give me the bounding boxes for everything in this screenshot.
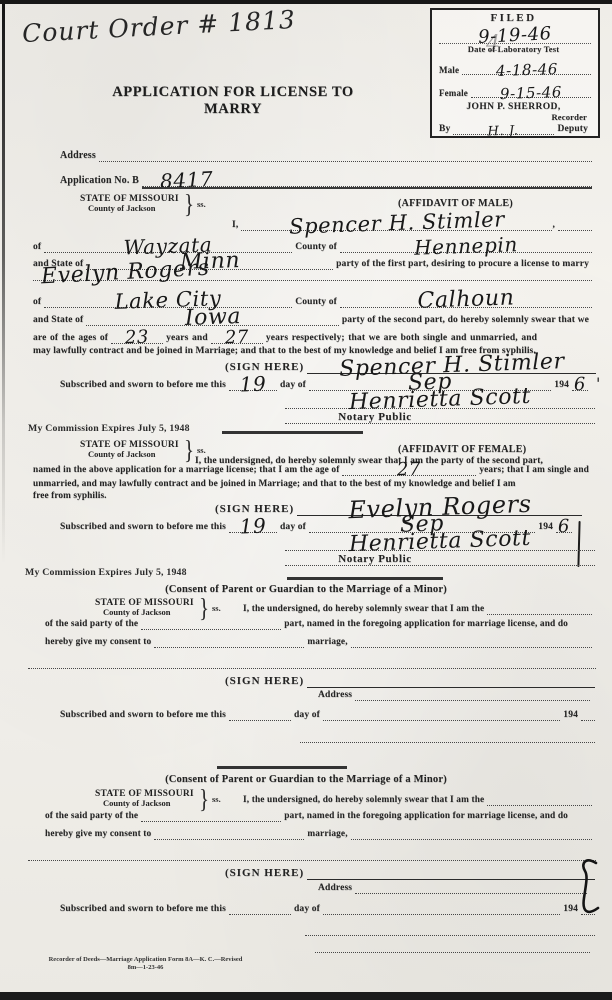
consent2-tail-blank: [351, 837, 592, 840]
consent1-subscribed-row: Subscribed and sworn to before me this d…: [60, 711, 595, 721]
county-label: County of Jackson: [80, 204, 179, 213]
consent1-party-blank: [141, 627, 281, 630]
male-county-entry: Hennepin: [414, 234, 518, 258]
consent1-state-block: STATE OF MISSOURI County of Jackson: [95, 598, 194, 618]
county-label: County of Jackson: [95, 799, 194, 808]
ss-label: ss.: [197, 445, 206, 455]
consent-line2-tail: part, named in the foregoing application…: [281, 620, 571, 630]
second-part-text: party of the second part, do hereby sole…: [339, 316, 592, 326]
recorder-title: Recorder: [439, 113, 591, 122]
consent2-month-blank: [323, 912, 560, 915]
male-lab-date-line: 4-18-46: [462, 72, 591, 75]
consent2-state-block: STATE OF MISSOURI County of Jackson: [95, 789, 194, 809]
fiancee-state-line: Iowa: [86, 323, 338, 326]
and-state-of-label: and State of: [33, 316, 86, 326]
consent2-line1-blank: [487, 803, 592, 806]
male-age-line: 23: [111, 341, 163, 344]
consent2-subscribed-row: Subscribed and sworn to before me this d…: [60, 905, 595, 915]
consent-line3-lead: hereby give my consent to: [45, 830, 154, 840]
consent2-notary-blank2: [315, 950, 590, 953]
court-order-annotation: Court Order # 1813: [22, 7, 297, 46]
county-label: County of Jackson: [80, 450, 179, 459]
male-year-line: 6: [572, 388, 588, 391]
pen-tick-mark: [577, 521, 581, 567]
ss-label: ss.: [197, 199, 206, 209]
short-blank: [558, 228, 592, 231]
year-label: 194: [535, 523, 556, 533]
address-blank-line: [99, 159, 592, 162]
fiancee-residence-row: of Lake City County of Calhoun: [33, 298, 592, 308]
consent1-signature-line: [307, 685, 595, 688]
ages-tail: years respectively; that we are both sin…: [263, 334, 540, 344]
consent1-sign-row: (SIGN HERE): [225, 676, 595, 688]
address-label: Address: [318, 884, 355, 894]
consent-line3-lead: hereby give my consent to: [45, 638, 154, 648]
notary-title-line: [285, 421, 595, 424]
footer-line1: Recorder of Deeds—Marriage Application F…: [48, 956, 243, 964]
application-number-row: Application No. B 8417: [60, 176, 592, 187]
sign-here-label: (SIGN HERE): [225, 362, 307, 374]
by-signature-line: H. J.: [453, 132, 553, 135]
female-age-row: named in the above application for a mar…: [33, 466, 592, 476]
consent-line2-tail: part, named in the foregoing application…: [281, 812, 571, 822]
consent1-tail-blank: [351, 645, 592, 648]
filed-stamp-box: FILED 9-19-46 Date of Laboratory Test Ma…: [430, 8, 600, 138]
male-county-line: Hennepin: [340, 250, 592, 253]
consent2-line3-row: hereby give my consent to marriage,: [45, 830, 592, 840]
brace-glyph: }: [199, 784, 209, 815]
sign-here-label: (SIGN HERE): [225, 676, 307, 688]
consent1-notary-blank: [300, 740, 595, 743]
consent1-line1-blank: [487, 612, 592, 615]
female-sign-row: (SIGN HERE) Evelyn Rogers: [215, 504, 582, 516]
scan-edge-left: [2, 4, 5, 564]
consent2-sign-row: (SIGN HERE): [225, 868, 595, 880]
male-notary-signature-line: Henrietta Scott: [285, 406, 595, 409]
pen-bracket-mark: [572, 856, 600, 918]
consent1-address-row: Address: [318, 691, 590, 701]
consent2-line1-row: I, the undersigned, do hereby solemnly s…: [243, 796, 592, 806]
consent1-consent-blank: [154, 645, 304, 648]
consent-line2-lead: of the said party of the: [45, 620, 141, 630]
female-age-entry: 27: [224, 329, 249, 348]
ss-label: ss.: [212, 794, 221, 804]
male-residence-row: of Wayzata County of Hennepin: [33, 243, 592, 253]
consent1-heading: (Consent of Parent or Guardian to the Ma…: [50, 584, 562, 595]
fiancee-name-line: Evelyn Rogers: [33, 278, 592, 281]
deputy-label: Deputy: [554, 125, 591, 135]
brace-glyph: }: [184, 435, 194, 466]
ages-lead: are of the ages of: [33, 334, 111, 344]
female-year-entry: 6: [558, 518, 571, 536]
consent2-address-blank: [355, 891, 587, 894]
fiancee-name-entry: Evelyn Rogers: [41, 258, 211, 289]
consent1-day-blank: [229, 718, 291, 721]
female-year-line: 6: [556, 530, 572, 533]
address-label: Address: [60, 151, 99, 162]
female-affidavit-state-block: STATE OF MISSOURI County of Jackson: [80, 440, 179, 460]
consent-line1: I, the undersigned, do hereby solemnly s…: [243, 605, 487, 615]
address-row: Address: [60, 151, 592, 162]
male-name-row: I, Spencer H. Stimler ,: [232, 221, 592, 231]
section-divider-rule: [222, 431, 363, 434]
consent-line1: I, the undersigned, do hereby solemnly s…: [243, 796, 487, 806]
female-lab-date-entry: 9-15-46: [500, 85, 563, 102]
consent1-full-blank: [28, 666, 596, 669]
i-label: I,: [232, 221, 241, 231]
ss-label: ss.: [212, 603, 221, 613]
fiancee-city-line: Lake City: [44, 305, 292, 308]
female-day-line: 19: [229, 530, 277, 533]
female-notary-signature-line: Henrietta Scott: [285, 548, 595, 551]
consent2-party-blank: [141, 819, 281, 822]
male-day-line: 19: [229, 388, 277, 391]
consent1-year-blank: [581, 718, 595, 721]
female-age-line: 27: [211, 341, 263, 344]
female-age-tail: years; that I am single and: [476, 466, 592, 476]
consent2-notary-blank: [305, 933, 595, 936]
consent-line2-lead: of the said party of the: [45, 812, 141, 822]
consent1-address-blank: [355, 698, 590, 701]
consent1-line2-row: of the said party of the part, named in …: [45, 620, 592, 630]
deputy-signature-entry: H. J.: [488, 125, 519, 139]
consent2-day-blank: [229, 912, 291, 915]
scanned-marriage-application-page: Court Order # 1813 4 FILED 9-19-46 Date …: [0, 0, 612, 1000]
male-day-entry: 19: [239, 374, 266, 395]
application-no-entry: 8417: [159, 168, 213, 191]
year-label: 194: [551, 381, 572, 391]
fiancee-name-row: Evelyn Rogers: [33, 278, 592, 281]
day-of-label: day of: [291, 711, 323, 721]
fiancee-county-entry: Calhoun: [417, 287, 515, 312]
consent2-line2-row: of the said party of the part, named in …: [45, 812, 592, 822]
consent2-address-row: Address: [318, 884, 587, 894]
years-and-label: years and: [163, 334, 211, 344]
year-label: 194: [560, 711, 581, 721]
female-commission-note: My Commission Expires July 5, 1948: [25, 567, 187, 578]
consent2-signature-line: [307, 877, 595, 880]
female-lab-date-line: 9-15-46: [471, 95, 591, 98]
sign-here-label: (SIGN HERE): [225, 868, 307, 880]
section-divider-rule: [287, 577, 443, 580]
male-affidavit-state-block: STATE OF MISSOURI County of Jackson: [80, 194, 179, 214]
subscribed-label: Subscribed and sworn to before me this: [60, 905, 229, 915]
subscribed-label: Subscribed and sworn to before me this: [60, 381, 229, 391]
female-lab-label: Female: [439, 89, 471, 98]
section-divider-rule: [217, 766, 347, 769]
male-commission-note: My Commission Expires July 5, 1948: [28, 423, 190, 434]
consent-line3-tail: marriage,: [304, 830, 350, 840]
subscribed-label: Subscribed and sworn to before me this: [60, 523, 229, 533]
subscribed-label: Subscribed and sworn to before me this: [60, 711, 229, 721]
form-footer: Recorder of Deeds—Marriage Application F…: [48, 956, 243, 972]
day-of-label: day of: [291, 905, 323, 915]
male-lab-label: Male: [439, 66, 462, 75]
ages-row: are of the ages of 23 years and 27 years…: [33, 334, 592, 344]
male-notary-signature-entry: Henrietta Scott: [349, 386, 532, 414]
notary-title-line: [285, 563, 595, 566]
female-oath-line3: unmarried, and may lawfully contract and…: [33, 479, 593, 490]
county-of-label: County of: [292, 298, 340, 308]
consent2-heading: (Consent of Parent or Guardian to the Ma…: [50, 774, 562, 785]
day-of-label: day of: [277, 381, 309, 391]
male-city-line: Wayzata: [44, 250, 292, 253]
female-age-line2: 27: [342, 473, 476, 476]
footer-line2: 8m—1-23-46: [48, 964, 243, 972]
brace-glyph: }: [184, 189, 194, 220]
female-oath-line4: free from syphilis.: [33, 491, 233, 502]
male-name-line: Spencer H. Stimler: [241, 228, 552, 231]
county-label: County of Jackson: [95, 608, 194, 617]
consent1-line1-row: I, the undersigned, do hereby solemnly s…: [243, 605, 592, 615]
male-lab-date-entry: 4-18-46: [495, 62, 558, 79]
male-year-entry: 6: [574, 376, 587, 394]
page-title: APPLICATION FOR LICENSE TO MARRY: [85, 84, 381, 118]
consent1-line3-row: hereby give my consent to marriage,: [45, 638, 592, 648]
of-label: of: [33, 298, 44, 308]
scan-edge-top: [0, 0, 612, 4]
by-label: By: [439, 125, 453, 135]
filed-label: FILED: [439, 13, 591, 25]
consent-line3-tail: marriage,: [304, 638, 350, 648]
female-notary-signature-entry: Henrietta Scott: [349, 528, 532, 556]
male-age-entry: 23: [125, 329, 150, 348]
female-age-entry2: 27: [397, 460, 422, 479]
consent2-full-blank: [28, 858, 596, 861]
first-part-text: party of the first part, desiring to pro…: [333, 260, 592, 270]
affidavit-of-female-heading: (AFFIDAVIT OF FEMALE): [398, 444, 526, 455]
application-no-line: 8417: [142, 184, 592, 187]
consent1-month-blank: [323, 718, 560, 721]
pen-apostrophe-mark: ': [596, 376, 601, 392]
female-day-entry: 19: [239, 516, 266, 537]
consent2-consent-blank: [154, 837, 304, 840]
address-label: Address: [318, 691, 355, 701]
application-no-label: Application No. B: [60, 176, 142, 187]
fiancee-county-line: Calhoun: [340, 305, 592, 308]
female-age-lead: named in the above application for a mar…: [33, 466, 342, 476]
county-of-label: County of: [292, 243, 340, 253]
scan-edge-bottom: [0, 992, 612, 1000]
fiancee-state-row: and State of Iowa party of the second pa…: [33, 316, 592, 326]
day-of-label: day of: [277, 523, 309, 533]
of-label: of: [33, 243, 44, 253]
